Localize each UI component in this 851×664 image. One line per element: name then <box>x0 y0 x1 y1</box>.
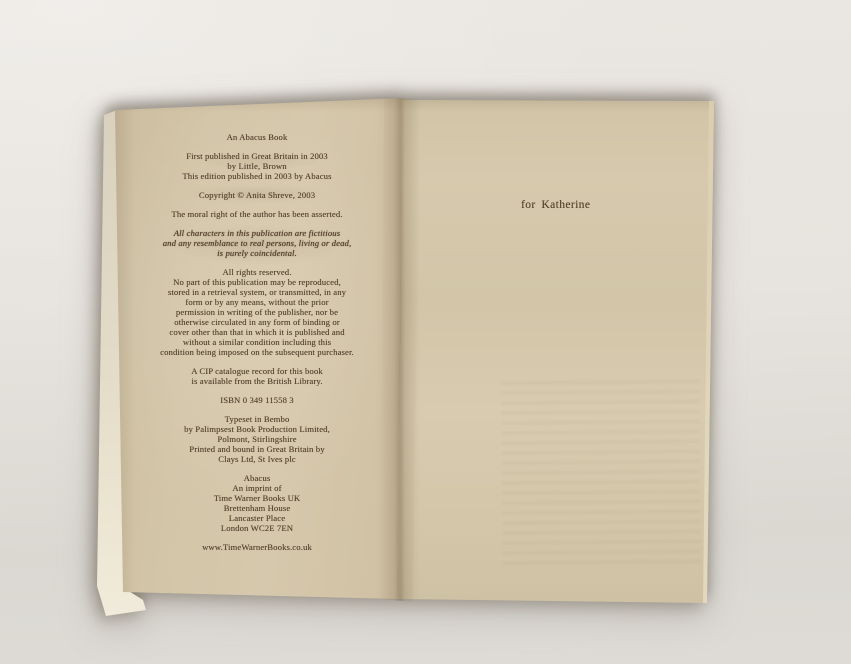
left-page: An Abacus Book First published in Great … <box>115 96 405 601</box>
rights-reserved-notice: All rights reserved. No part of this pub… <box>137 267 377 357</box>
dedication-text: for Katherine <box>521 199 590 211</box>
photo-background: An Abacus Book First published in Great … <box>0 0 851 664</box>
open-book: An Abacus Book First published in Great … <box>0 0 851 664</box>
imprint-line: An Abacus Book <box>137 132 377 142</box>
isbn-number: ISBN 0 349 11558 3 <box>137 395 377 405</box>
cip-record-note: A CIP catalogue record for this book is … <box>137 366 377 386</box>
text-show-through <box>501 380 701 572</box>
copyright-notice: Copyright © Anita Shreve, 2003 <box>137 190 377 200</box>
moral-rights-statement: The moral right of the author has been a… <box>137 209 377 219</box>
copyright-page-text: An Abacus Book First published in Great … <box>137 132 377 561</box>
right-page: for Katherine <box>397 98 714 604</box>
publisher-address: Abacus An imprint of Time Warner Books U… <box>137 473 377 533</box>
publisher-website: www.TimeWarnerBooks.co.uk <box>137 542 377 552</box>
publication-info: First published in Great Britain in 2003… <box>137 151 377 181</box>
gutter-shadow <box>379 96 420 603</box>
typesetting-colophon: Typeset in Bembo by Palimpsest Book Prod… <box>137 414 377 464</box>
fiction-disclaimer: All characters in this publication are f… <box>137 228 377 258</box>
